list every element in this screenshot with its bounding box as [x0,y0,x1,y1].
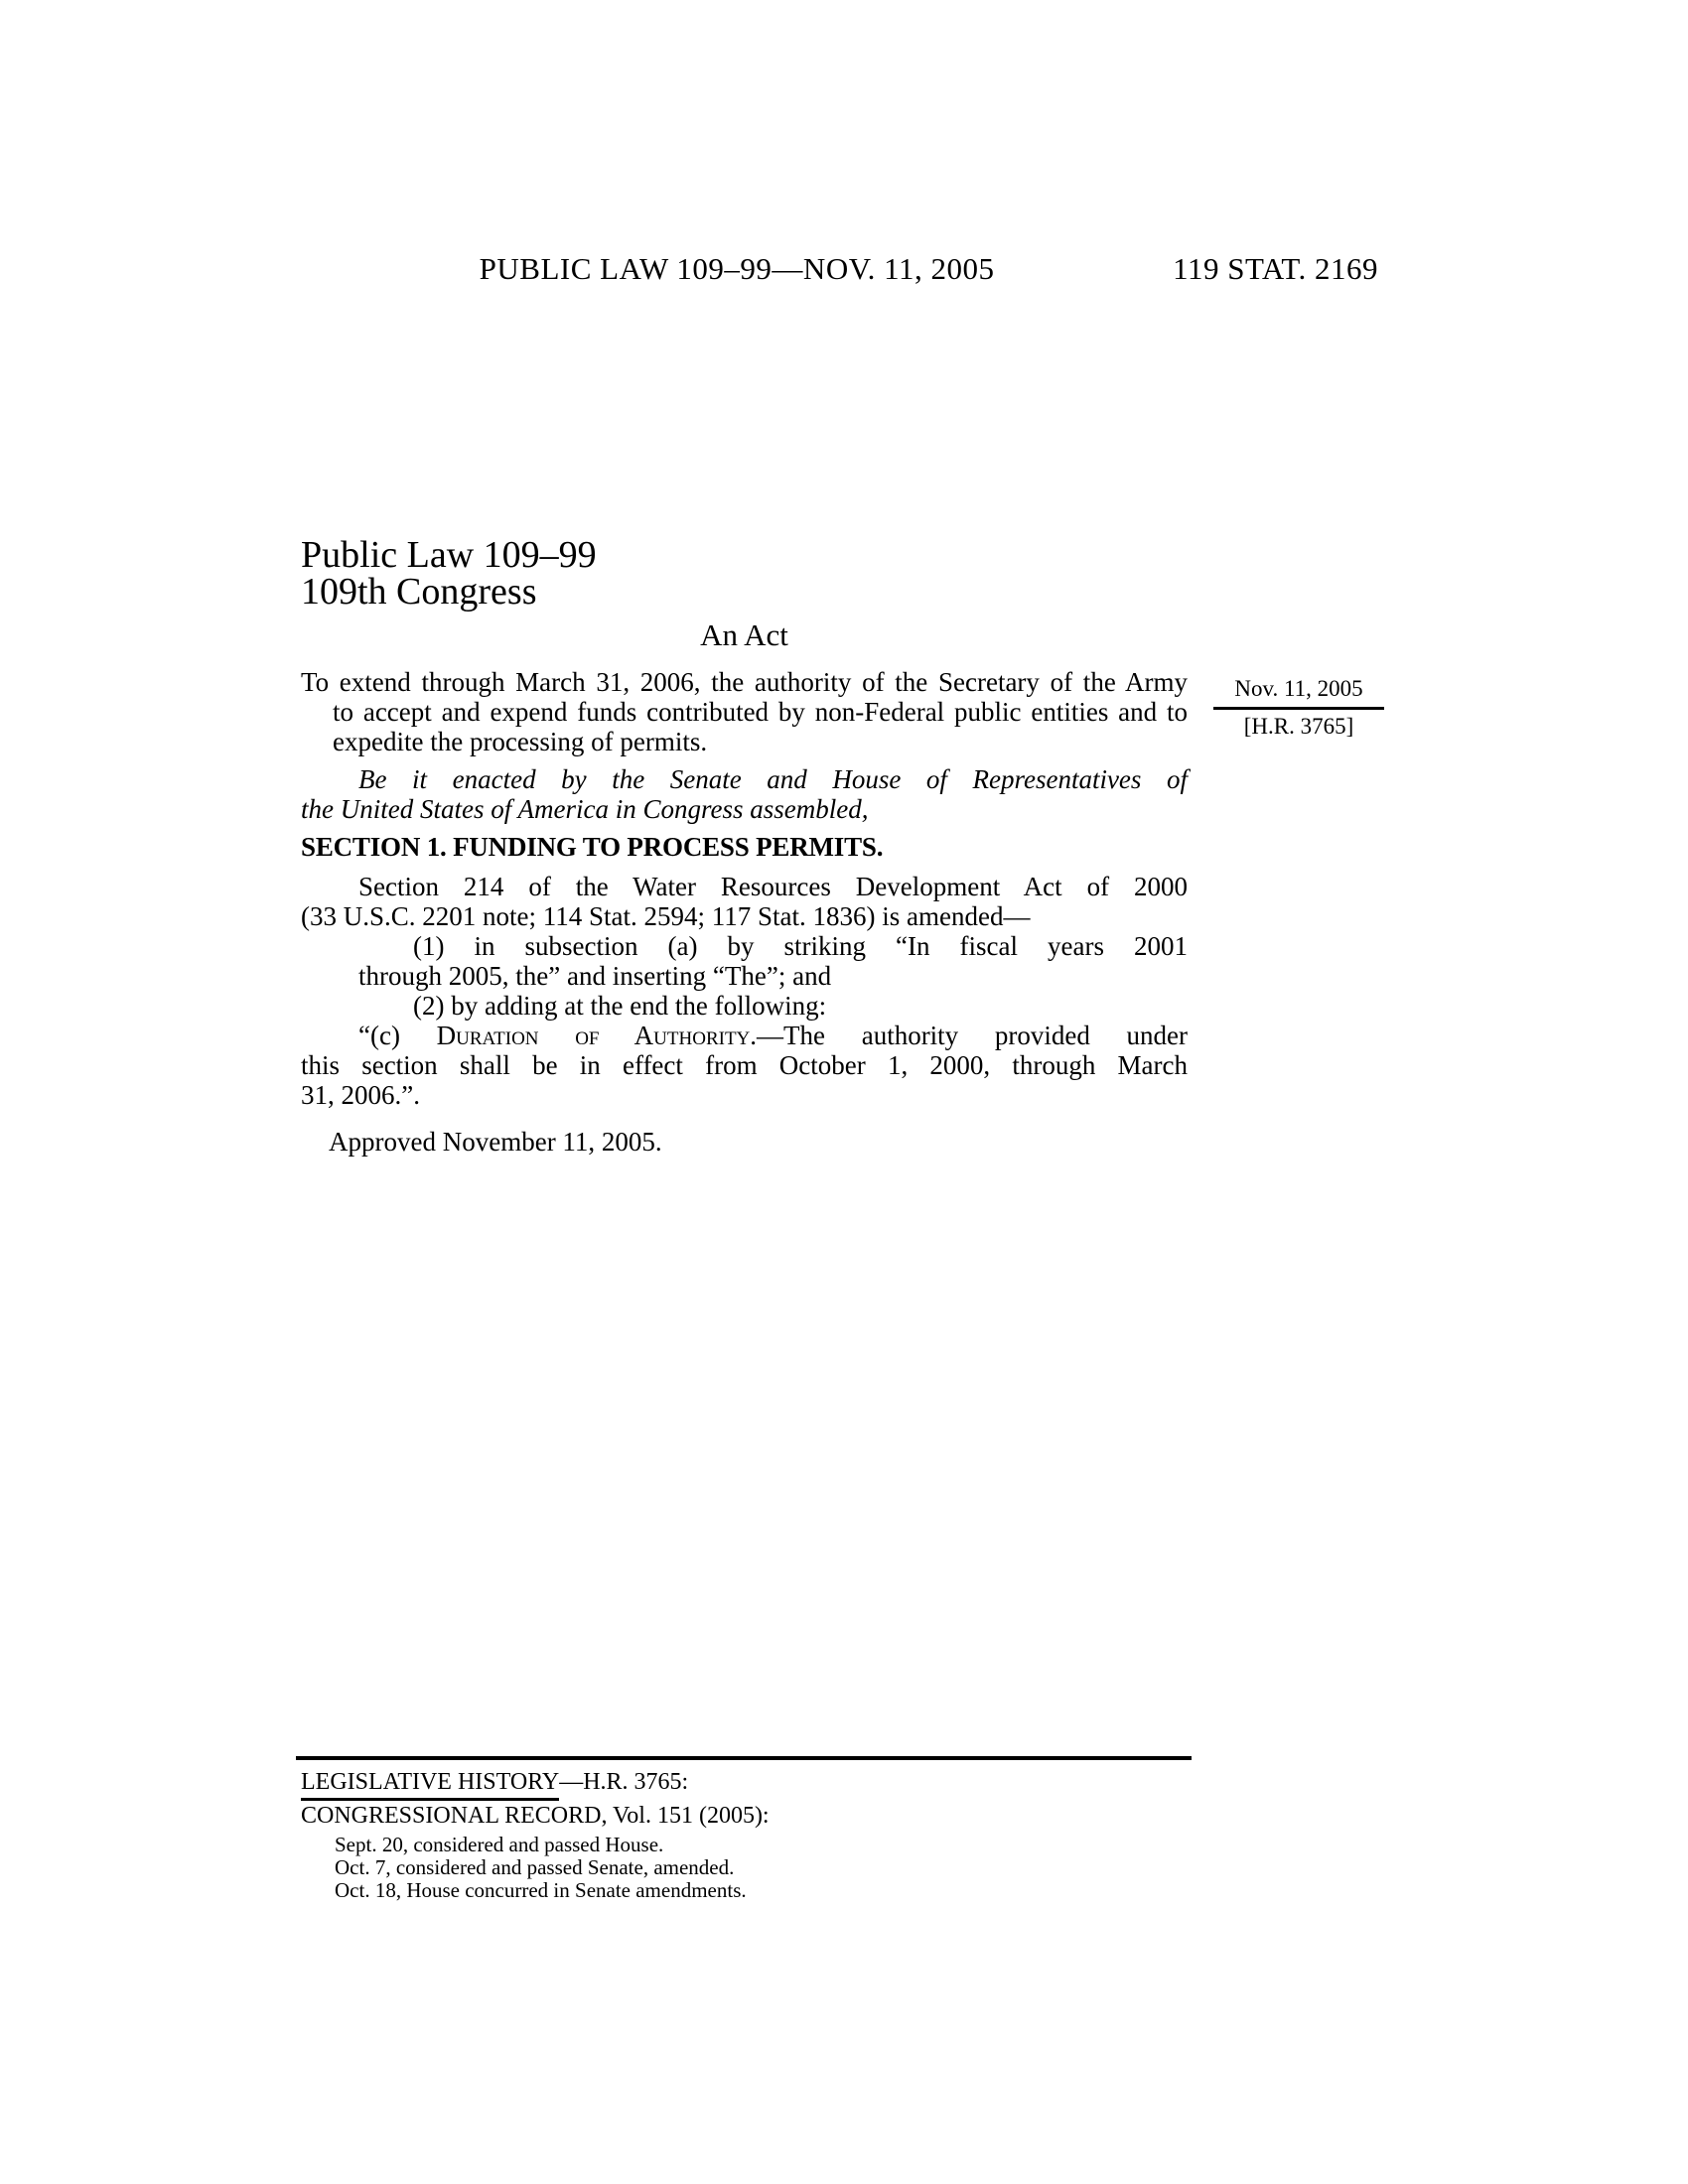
amendment-item-2: (2) by adding at the end the following: [358,991,1188,1021]
text-line: through 2005, the” and inserting “The”; … [358,961,1188,991]
legislative-history-rule [296,1756,1192,1760]
congress-line: 109th Congress [301,574,597,611]
text-line: To extend through March 31, 2006, the au… [301,667,1188,697]
subsection-c-line-1: “(c) Duration of Authority.—The authorit… [301,1021,1188,1050]
margin-note: Nov. 11, 2005 [H.R. 3765] [1213,676,1384,740]
header-law-citation: PUBLIC LAW 109–99—NOV. 11, 2005 [301,251,1173,287]
law-title-block: Public Law 109–99 109th Congress [301,537,597,611]
text-line: Oct. 18, House concurred in Senate amend… [335,1879,747,1902]
subsection-c-line-3: 31, 2006.”. [301,1080,1188,1110]
section-heading: SECTION 1. FUNDING TO PROCESS PERMITS. [301,832,883,863]
page-header: PUBLIC LAW 109–99—NOV. 11, 2005 119 STAT… [301,251,1378,287]
legislative-history-entries: Sept. 20, considered and passed House.Oc… [335,1834,747,1902]
legislative-history-heading: LEGISLATIVE HISTORY—H.R. 3765: [301,1769,688,1796]
approval-line: Approved November 11, 2005. [329,1127,662,1158]
amendment-intro: Section 214 of the Water Resources Devel… [301,872,1188,931]
margin-note-date: Nov. 11, 2005 [1213,676,1384,710]
subsection-c: “(c) Duration of Authority.—The authorit… [301,1021,1188,1110]
law-title: Public Law 109–99 [301,537,597,574]
text-line: Be it enacted by the Senate and House of… [301,764,1188,794]
act-heading: An Act [301,617,1188,653]
subsection-c-line-1-rest: .—The authority provided under [750,1021,1188,1050]
text-line: the United States of America in Congress… [301,794,1188,824]
header-stat-page-number: 119 STAT. 2169 [1173,251,1378,287]
statute-page: PUBLIC LAW 109–99—NOV. 11, 2005 119 STAT… [0,0,1688,2184]
enacting-clause: Be it enacted by the Senate and House of… [301,764,1188,824]
subsection-c-prefix: “(c) [358,1021,437,1050]
margin-note-bill-number: [H.R. 3765] [1213,714,1384,740]
text-line: Sept. 20, considered and passed House. [335,1834,747,1856]
text-line: to accept and expend funds contributed b… [301,697,1188,727]
legislative-history-heading-underlined: LEGISLATIVE HISTORY [301,1769,559,1801]
amendment-item-1: (1) in subsection (a) by striking “In fi… [358,931,1188,991]
legislative-history-heading-bill: —H.R. 3765: [559,1769,688,1795]
text-line: (1) in subsection (a) by striking “In fi… [358,931,1188,961]
text-line: (2) by adding at the end the following: [358,991,1188,1021]
text-line: expedite the processing of permits. [301,727,1188,756]
subsection-c-smallcaps-title: Duration of Authority [437,1021,751,1050]
text-line: Section 214 of the Water Resources Devel… [301,872,1188,901]
preamble: To extend through March 31, 2006, the au… [301,667,1188,756]
congressional-record-line: CONGRESSIONAL RECORD, Vol. 151 (2005): [301,1803,770,1830]
text-line: (33 U.S.C. 2201 note; 114 Stat. 2594; 11… [301,901,1188,931]
subsection-c-line-2: this section shall be in effect from Oct… [301,1050,1188,1080]
text-line: Oct. 7, considered and passed Senate, am… [335,1856,747,1879]
